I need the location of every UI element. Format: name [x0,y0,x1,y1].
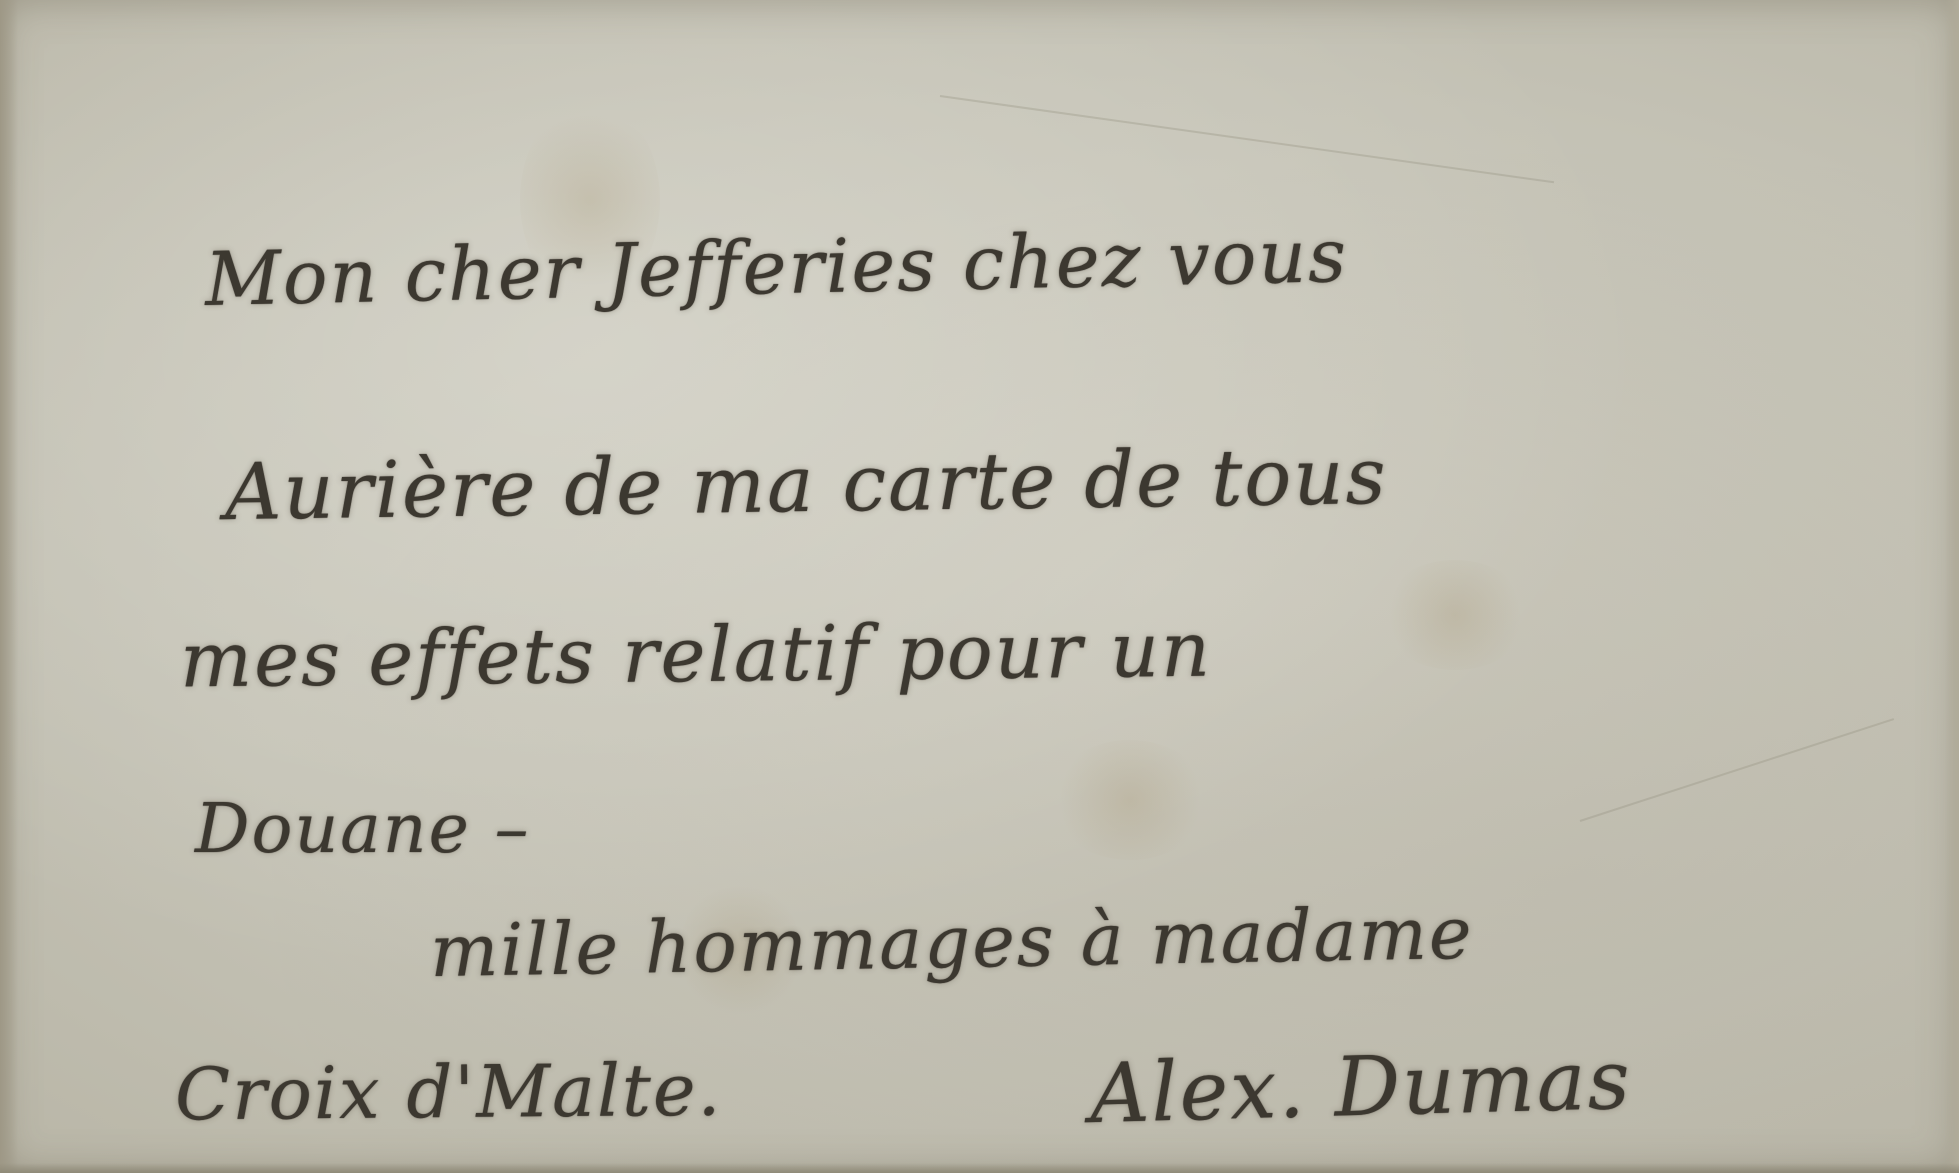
paper-crease [1580,718,1894,822]
card-right-edge [1945,0,1959,1173]
handwritten-line-2: Aurière de ma carte de tous [224,432,1388,538]
handwritten-card: Mon cher Jefferies chez vous Aurière de … [0,0,1959,1173]
handwritten-line-4: Douane – [195,790,530,869]
handwritten-line-5: mille hommages à madame [429,891,1474,993]
paper-stain [1380,560,1530,670]
paper-stain [1050,740,1210,860]
handwritten-line-6: Croix d'Malte. [175,1048,723,1137]
handwritten-line-3: mes effets relatif pour un [180,605,1213,705]
signature: Alex. Dumas [1089,1033,1633,1142]
handwritten-line-1: Mon cher Jefferies chez vous [204,213,1349,323]
paper-crease [940,95,1554,183]
card-bottom-edge [0,1163,1959,1173]
card-left-edge [0,0,18,1173]
